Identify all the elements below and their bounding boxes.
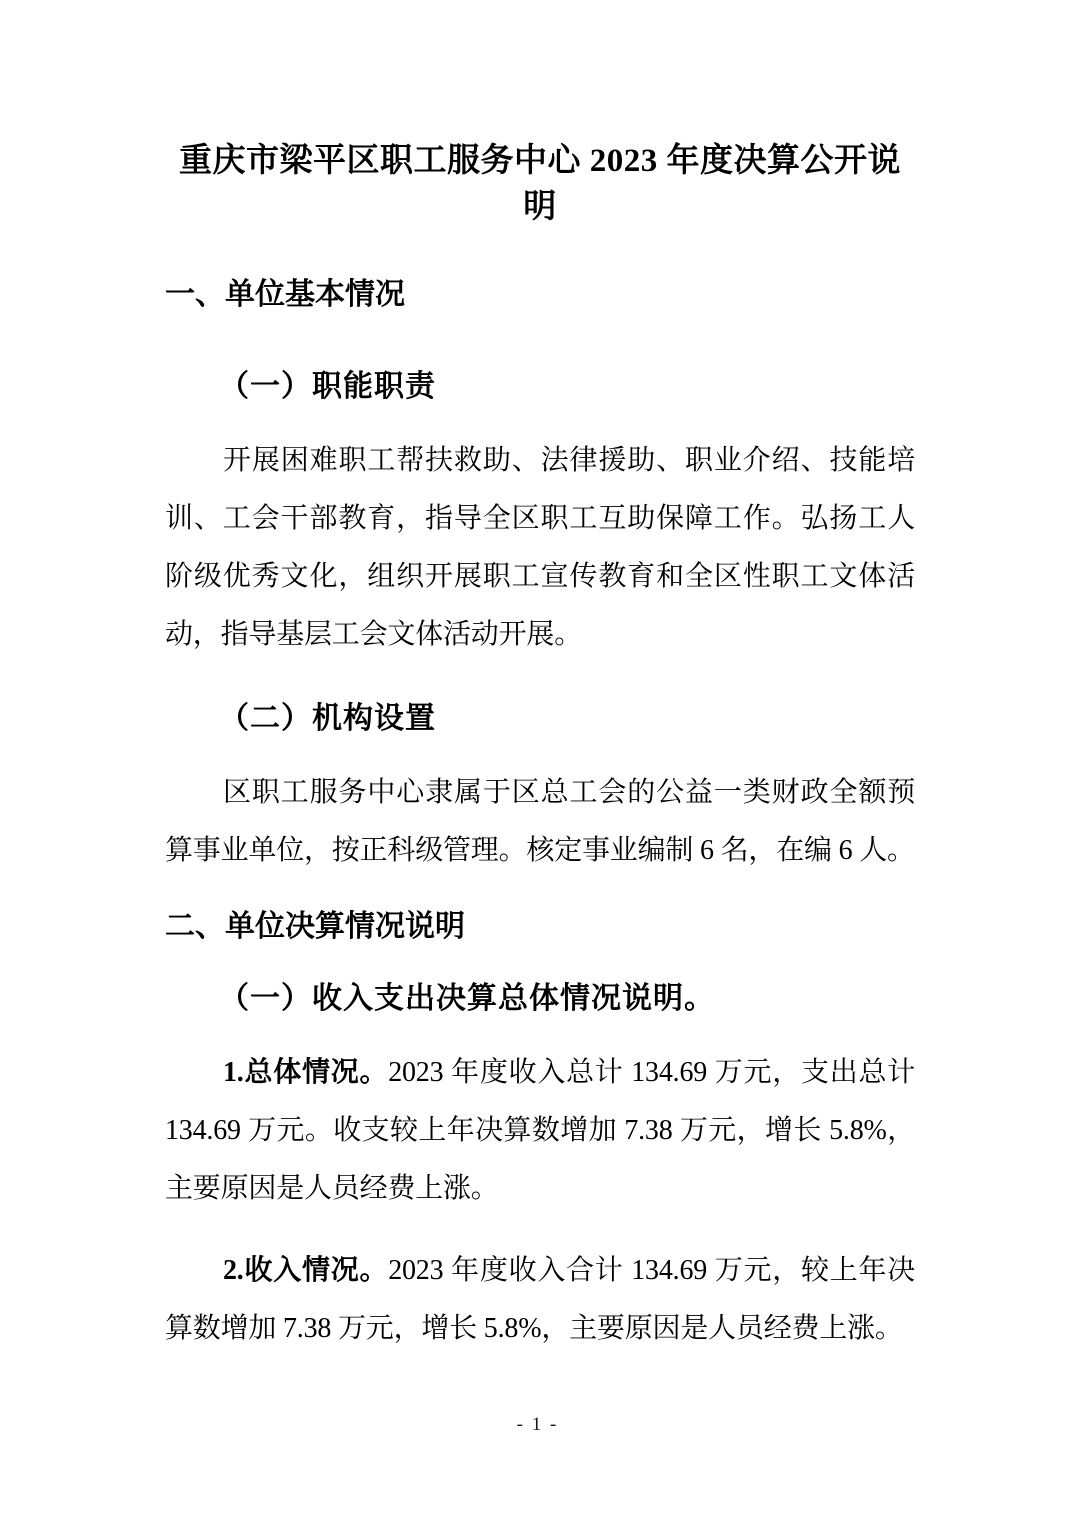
paragraph-organization: 区职工服务中心隶属于区总工会的公益一类财政全额预算事业单位，按正科级管理。核定事… <box>165 764 915 880</box>
document-page: 重庆市梁平区职工服务中心 2023 年度决算公开说明 一、单位基本情况 （一）职… <box>0 0 1075 1520</box>
document-title: 重庆市梁平区职工服务中心 2023 年度决算公开说明 <box>165 138 915 230</box>
paragraph-income-situation: 2.收入情况。2023 年度收入合计 134.69 万元，较上年决算数增加 7.… <box>165 1242 915 1358</box>
page-number: - 1 - <box>0 1414 1075 1436</box>
paragraph-lead-overall: 1.总体情况。 <box>223 1057 388 1088</box>
heading-organization: （二）机构设置 <box>165 698 915 740</box>
heading-revenue-expenditure-overview: （一）收入支出决算总体情况说明。 <box>165 978 915 1020</box>
paragraph-overall-situation: 1.总体情况。2023 年度收入总计 134.69 万元，支出总计 134.69… <box>165 1044 915 1218</box>
heading-unit-basic-info: 一、单位基本情况 <box>165 274 915 316</box>
paragraph-duties: 开展困难职工帮扶救助、法律援助、职业介绍、技能培训、工会干部教育，指导全区职工互… <box>165 432 915 664</box>
heading-final-accounts: 二、单位决算情况说明 <box>165 906 915 948</box>
heading-duties: （一）职能职责 <box>165 366 915 408</box>
document-content: 重庆市梁平区职工服务中心 2023 年度决算公开说明 一、单位基本情况 （一）职… <box>165 0 915 1358</box>
paragraph-lead-income: 2.收入情况。 <box>223 1255 388 1286</box>
